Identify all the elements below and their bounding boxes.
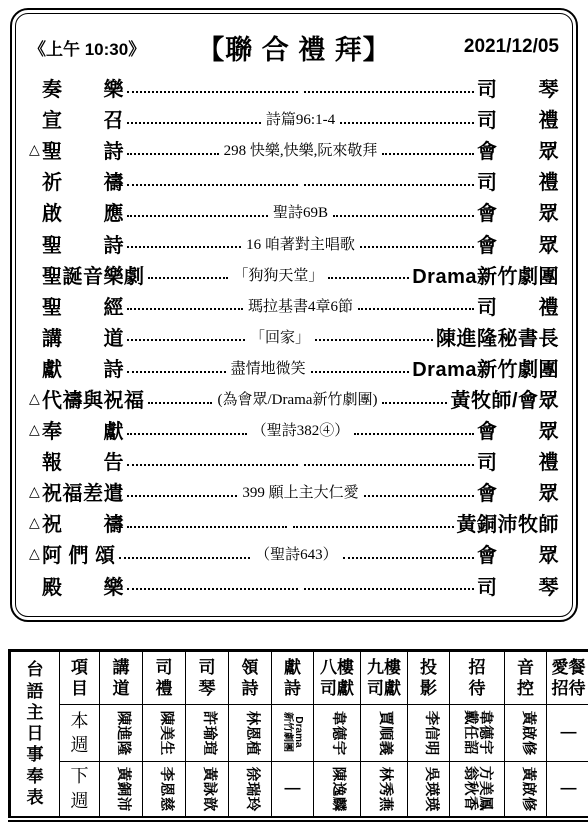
bulletin-card-inner: 《上午 10:30》 【聯 合 禮 拜】 2021/12/05 奏 樂司 琴 宣… bbox=[15, 13, 573, 617]
dotted-leader bbox=[127, 82, 298, 92]
program-item-label: 報 告 bbox=[42, 446, 124, 475]
program-item-label: 祈 禱 bbox=[42, 166, 124, 195]
program-line-offering: △奉 獻（聖詩382④）會 眾 bbox=[29, 414, 559, 445]
row-header-this-week: 本 週 bbox=[60, 705, 100, 762]
dotted-leader bbox=[343, 549, 474, 559]
program-item-detail: 詩篇96:1-4 bbox=[264, 108, 337, 129]
program-item-detail: （聖詩643） bbox=[253, 543, 340, 564]
duty-col-sound: 音 控 bbox=[505, 651, 547, 705]
dotted-leader bbox=[311, 362, 410, 372]
kneel-mark: △ bbox=[29, 545, 42, 562]
dotted-leader bbox=[382, 145, 474, 155]
cell-anthem-next-week: — bbox=[272, 762, 314, 819]
program-line-scripture: 聖 經瑪拉基書4章6節司 禮 bbox=[29, 290, 559, 321]
cell-meal-ushers-next-week: — bbox=[547, 762, 588, 819]
duty-col-pianist: 司 琴 bbox=[186, 651, 229, 705]
dotted-leader bbox=[127, 580, 298, 590]
program-line-sending: △祝福差遣399 願上主大仁愛會 眾 bbox=[29, 476, 559, 507]
dotted-leader bbox=[333, 207, 474, 217]
dotted-leader bbox=[148, 269, 229, 279]
program-line-intercession: △代禱與祝福(為會眾/Drama新竹劇團)黃牧師/會眾 bbox=[29, 383, 559, 414]
program-item-label: 阿 們 頌 bbox=[42, 539, 116, 568]
program-item-assignee: 會 眾 bbox=[477, 539, 559, 568]
program-item-assignee: Drama新竹劇團 bbox=[412, 353, 559, 382]
cell-liturgist-next-week: 李恩慈 bbox=[143, 762, 186, 819]
program-item-detail: 聖詩69B bbox=[271, 201, 330, 222]
program-line-prelude: 奏 樂司 琴 bbox=[29, 72, 559, 103]
program-item-assignee: 司 禮 bbox=[477, 104, 559, 133]
dotted-leader bbox=[119, 549, 250, 559]
program-item-assignee: 會 眾 bbox=[477, 135, 559, 164]
dotted-leader bbox=[148, 393, 213, 403]
row-header-next-week: 下 週 bbox=[60, 762, 100, 819]
duty-table-title: 台 語 主 日 事 奉 表 bbox=[10, 651, 60, 819]
dotted-leader bbox=[360, 238, 474, 248]
program-item-assignee: 司 琴 bbox=[477, 73, 559, 102]
dotted-leader bbox=[304, 82, 475, 92]
program-item-assignee: Drama新竹劇團 bbox=[412, 260, 559, 289]
program-item-assignee: 司 禮 bbox=[477, 446, 559, 475]
program-line-postlude: 殿 樂司 琴 bbox=[29, 570, 559, 601]
cell-meal-ushers-this-week: — bbox=[547, 705, 588, 762]
program-item-detail: 「狗狗天堂」 bbox=[231, 264, 325, 285]
dotted-leader bbox=[127, 145, 219, 155]
program-list: 奏 樂司 琴 宣 召詩篇96:1-4司 禮 △聖 詩298 快樂,快樂,阮來敬拜… bbox=[29, 72, 559, 601]
cell-song-leader-this-week: 林恩植 bbox=[229, 705, 272, 762]
dotted-leader bbox=[304, 176, 475, 186]
program-item-detail: 399 願上主大仁愛 bbox=[240, 481, 360, 502]
cell-projection-next-week: 吳瑛瑛 bbox=[408, 762, 450, 819]
bulletin-card: 《上午 10:30》 【聯 合 禮 拜】 2021/12/05 奏 樂司 琴 宣… bbox=[10, 8, 578, 622]
program-item-assignee: 司 禮 bbox=[477, 291, 559, 320]
program-line-amen: △阿 們 頌（聖詩643）會 眾 bbox=[29, 538, 559, 569]
dotted-leader bbox=[127, 455, 298, 465]
program-line-responsive: 啟 應聖詩69B會 眾 bbox=[29, 196, 559, 227]
program-item-label: 代禱與祝福 bbox=[42, 384, 145, 413]
duty-col-item: 項 目 bbox=[60, 651, 100, 705]
program-item-label: 奉 獻 bbox=[42, 415, 124, 444]
dotted-leader bbox=[364, 487, 474, 497]
dotted-leader bbox=[304, 455, 475, 465]
program-item-label: 祝福差遣 bbox=[42, 477, 124, 506]
kneel-mark: △ bbox=[29, 390, 42, 407]
program-item-assignee: 司 禮 bbox=[477, 166, 559, 195]
program-line-sermon: 講 道「回家」陳進隆秘書長 bbox=[29, 321, 559, 352]
program-line-benediction: △祝 禱黃銅沛牧師 bbox=[29, 507, 559, 538]
cell-offering-9f-next-week: 林秀燕 bbox=[361, 762, 408, 819]
dotted-leader bbox=[127, 487, 237, 497]
duty-col-song-leader: 領 詩 bbox=[229, 651, 272, 705]
cell-pianist-this-week: 許瑜瑄 bbox=[186, 705, 229, 762]
program-item-assignee: 黃牧師/會眾 bbox=[450, 384, 559, 413]
program-line-anthem: 獻 詩盡情地微笑Drama新竹劇團 bbox=[29, 352, 559, 383]
program-item-label: 聖 詩 bbox=[42, 229, 124, 258]
kneel-mark: △ bbox=[29, 483, 42, 500]
program-item-detail: 298 快樂,快樂,阮來敬拜 bbox=[222, 139, 380, 160]
cell-projection-this-week: 李信明 bbox=[408, 705, 450, 762]
program-line-musical: 聖誕音樂劇「狗狗天堂」Drama新竹劇團 bbox=[29, 259, 559, 290]
page-title: 【聯 合 禮 拜】 bbox=[197, 28, 391, 67]
dotted-leader bbox=[304, 580, 475, 590]
program-item-label: 聖 經 bbox=[42, 291, 124, 320]
program-item-assignee: 會 眾 bbox=[477, 477, 559, 506]
program-line-prayer: 祈 禱司 禮 bbox=[29, 165, 559, 196]
cell-offering-8f-next-week: 陳逸麟 bbox=[314, 762, 361, 819]
program-item-label: 祝 禱 bbox=[42, 508, 124, 537]
program-line-call: 宣 召詩篇96:1-4司 禮 bbox=[29, 103, 559, 134]
program-item-assignee: 陳進隆秘書長 bbox=[436, 322, 559, 351]
dotted-leader bbox=[127, 518, 287, 528]
cell-ushers-this-week: 韋德宇 戴任詔 bbox=[450, 705, 505, 762]
duty-col-projection: 投 影 bbox=[408, 651, 450, 705]
dotted-leader bbox=[127, 113, 261, 123]
duty-roster-table: 台 語 主 日 事 奉 表 項 目 講 道 司 禮 司 琴 領 詩 獻 詩 八樓… bbox=[8, 649, 588, 822]
cell-sound-this-week: 黃啟修 bbox=[505, 705, 547, 762]
service-date: 2021/12/05 bbox=[464, 36, 559, 58]
dotted-leader bbox=[340, 113, 474, 123]
cell-offering-8f-this-week: 韋德宇 bbox=[314, 705, 361, 762]
dotted-leader bbox=[127, 300, 243, 310]
cell-anthem-this-week: Drama 新竹劇團 bbox=[272, 705, 314, 762]
program-line-hymn1: △聖 詩298 快樂,快樂,阮來敬拜會 眾 bbox=[29, 134, 559, 165]
program-item-detail: （聖詩382④） bbox=[250, 419, 352, 440]
program-item-detail: (為會眾/Drama新竹劇團) bbox=[215, 388, 379, 409]
cell-liturgist-this-week: 陳美生 bbox=[143, 705, 186, 762]
program-item-detail: 「回家」 bbox=[248, 326, 312, 347]
program-item-detail: 16 咱著對主唱歌 bbox=[244, 233, 357, 254]
duty-col-liturgist: 司 禮 bbox=[143, 651, 186, 705]
program-item-label: 講 道 bbox=[42, 322, 124, 351]
program-item-label: 聖 詩 bbox=[42, 135, 124, 164]
dotted-leader bbox=[293, 518, 453, 528]
kneel-mark: △ bbox=[29, 141, 42, 158]
service-time: 《上午 10:30》 bbox=[29, 35, 145, 60]
duty-header-row: 台 語 主 日 事 奉 表 項 目 講 道 司 禮 司 琴 領 詩 獻 詩 八樓… bbox=[10, 651, 588, 705]
program-item-label: 宣 召 bbox=[42, 104, 124, 133]
cell-sermon-this-week: 陳進隆 bbox=[100, 705, 143, 762]
program-item-assignee: 會 眾 bbox=[477, 229, 559, 258]
kneel-mark: △ bbox=[29, 421, 42, 438]
program-item-label: 奏 樂 bbox=[42, 73, 124, 102]
program-item-assignee: 司 琴 bbox=[477, 571, 559, 600]
program-item-label: 啟 應 bbox=[42, 197, 124, 226]
duty-col-anthem: 獻 詩 bbox=[272, 651, 314, 705]
duty-col-offering-9f: 九樓 司獻 bbox=[361, 651, 408, 705]
bulletin-header: 《上午 10:30》 【聯 合 禮 拜】 2021/12/05 bbox=[29, 27, 559, 67]
cell-song-leader-next-week: 徐瑞玲 bbox=[229, 762, 272, 819]
program-item-label: 獻 詩 bbox=[42, 353, 124, 382]
duty-col-meal-ushers: 愛餐 招待 bbox=[547, 651, 588, 705]
program-item-assignee: 會 眾 bbox=[477, 415, 559, 444]
dotted-leader bbox=[382, 393, 447, 403]
program-item-assignee: 黃銅沛牧師 bbox=[457, 508, 560, 537]
program-line-announcements: 報 告司 禮 bbox=[29, 445, 559, 476]
cell-ushers-next-week: 方美鳳 翁秋香 bbox=[450, 762, 505, 819]
dotted-leader bbox=[127, 176, 298, 186]
duty-col-ushers: 招 待 bbox=[450, 651, 505, 705]
program-item-detail: 瑪拉基書4章6節 bbox=[246, 295, 355, 316]
duty-col-sermon: 講 道 bbox=[100, 651, 143, 705]
program-item-label: 殿 樂 bbox=[42, 571, 124, 600]
dotted-leader bbox=[354, 424, 474, 434]
program-item-assignee: 會 眾 bbox=[477, 197, 559, 226]
program-line-hymn2: 聖 詩16 咱著對主唱歌會 眾 bbox=[29, 227, 559, 258]
program-item-label: 聖誕音樂劇 bbox=[42, 260, 145, 289]
dotted-leader bbox=[127, 238, 241, 248]
duty-row-next-week: 下 週 黃銅沛 李恩慈 黃詠歆 徐瑞玲 — 陳逸麟 林秀燕 吳瑛瑛 方美鳳 翁秋… bbox=[10, 762, 588, 819]
kneel-mark: △ bbox=[29, 514, 42, 531]
duty-col-offering-8f: 八樓 司獻 bbox=[314, 651, 361, 705]
cell-pianist-next-week: 黃詠歆 bbox=[186, 762, 229, 819]
cell-sermon-next-week: 黃銅沛 bbox=[100, 762, 143, 819]
dotted-leader bbox=[315, 331, 433, 341]
dotted-leader bbox=[358, 300, 474, 310]
dotted-leader bbox=[127, 207, 268, 217]
dotted-leader bbox=[328, 269, 409, 279]
program-item-detail: 盡情地微笑 bbox=[229, 357, 308, 378]
duty-row-this-week: 本 週 陳進隆 陳美生 許瑜瑄 林恩植 Drama 新竹劇團 韋德宇 賈順義 李… bbox=[10, 705, 588, 762]
cell-offering-9f-this-week: 賈順義 bbox=[361, 705, 408, 762]
dotted-leader bbox=[127, 424, 247, 434]
cell-sound-next-week: 黃啟修 bbox=[505, 762, 547, 819]
dotted-leader bbox=[127, 331, 245, 341]
dotted-leader bbox=[127, 362, 226, 372]
